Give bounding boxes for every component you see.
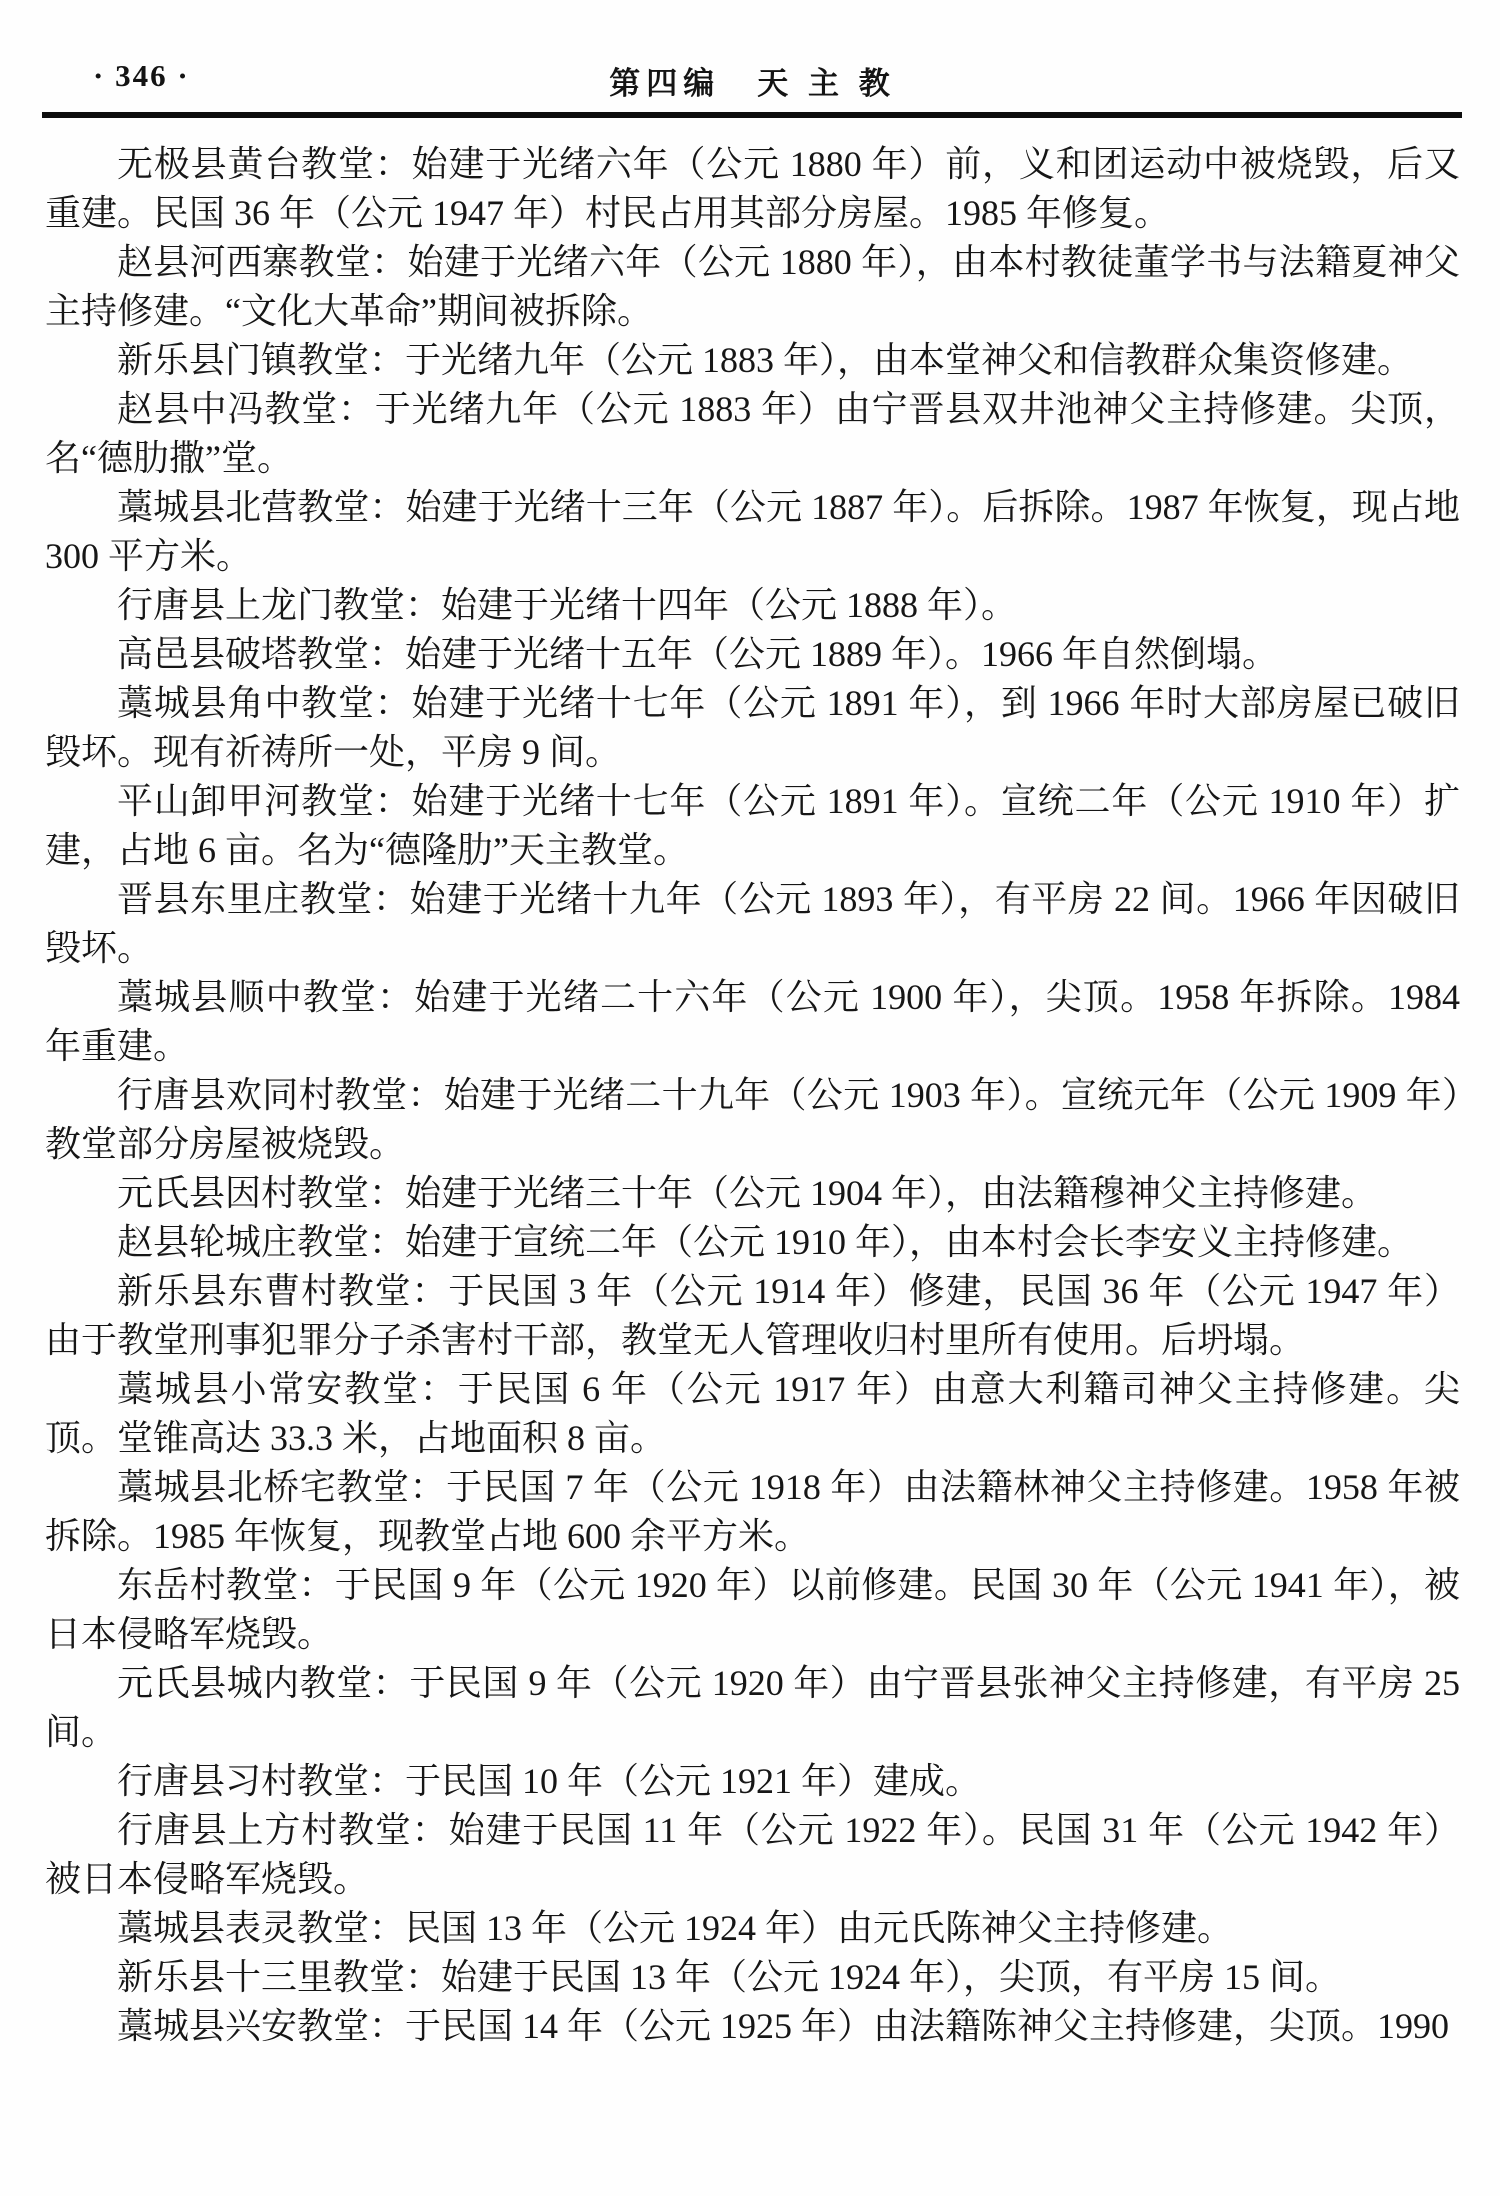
church-entry-paragraph: 藁城县兴安教堂：于民国 14 年（公元 1925 年）由法籍陈神父主持修建，尖顶… <box>45 2002 1460 2051</box>
church-entry-paragraph: 无极县黄台教堂：始建于光绪六年（公元 1880 年）前，义和团运动中被烧毁，后又… <box>45 140 1460 238</box>
church-entry-paragraph: 赵县中冯教堂：于光绪九年（公元 1883 年）由宁晋县双井池神父主持修建。尖顶，… <box>45 385 1460 483</box>
page-header: · 346 · 第四编 天 主 教 <box>45 58 1460 100</box>
church-entry-paragraph: 行唐县习村教堂：于民国 10 年（公元 1921 年）建成。 <box>45 1757 1460 1806</box>
church-entry-paragraph: 新乐县东曹村教堂：于民国 3 年（公元 1914 年）修建，民国 36 年（公元… <box>45 1267 1460 1365</box>
page-body: 无极县黄台教堂：始建于光绪六年（公元 1880 年）前，义和团运动中被烧毁，后又… <box>45 140 1460 2051</box>
church-entry-paragraph: 藁城县北桥宅教堂：于民国 7 年（公元 1918 年）由法籍林神父主持修建。19… <box>45 1463 1460 1561</box>
church-entry-paragraph: 藁城县角中教堂：始建于光绪十七年（公元 1891 年），到 1966 年时大部房… <box>45 679 1460 777</box>
church-entry-paragraph: 藁城县顺中教堂：始建于光绪二十六年（公元 1900 年），尖顶。1958 年拆除… <box>45 973 1460 1071</box>
church-entry-paragraph: 晋县东里庄教堂：始建于光绪十九年（公元 1893 年），有平房 22 间。196… <box>45 875 1460 973</box>
church-entry-paragraph: 赵县河西寨教堂：始建于光绪六年（公元 1880 年），由本村教徒董学书与法籍夏神… <box>45 238 1460 336</box>
church-entry-paragraph: 藁城县北营教堂：始建于光绪十三年（公元 1887 年）。后拆除。1987 年恢复… <box>45 483 1460 581</box>
church-entry-paragraph: 藁城县小常安教堂：于民国 6 年（公元 1917 年）由意大利籍司神父主持修建。… <box>45 1365 1460 1463</box>
church-entry-paragraph: 行唐县上方村教堂：始建于民国 11 年（公元 1922 年）。民国 31 年（公… <box>45 1806 1460 1904</box>
church-entry-paragraph: 平山卸甲河教堂：始建于光绪十七年（公元 1891 年）。宣统二年（公元 1910… <box>45 777 1460 875</box>
church-entry-paragraph: 赵县轮城庄教堂：始建于宣统二年（公元 1910 年），由本村会长李安义主持修建。 <box>45 1218 1460 1267</box>
header-divider-rule <box>42 112 1462 118</box>
church-entry-paragraph: 新乐县十三里教堂：始建于民国 13 年（公元 1924 年），尖顶，有平房 15… <box>45 1953 1460 2002</box>
church-entry-paragraph: 高邑县破塔教堂：始建于光绪十五年（公元 1889 年）。1966 年自然倒塌。 <box>45 630 1460 679</box>
church-entry-paragraph: 东岳村教堂：于民国 9 年（公元 1920 年）以前修建。民国 30 年（公元 … <box>45 1561 1460 1659</box>
church-entry-paragraph: 元氏县城内教堂：于民国 9 年（公元 1920 年）由宁晋县张神父主持修建，有平… <box>45 1659 1460 1757</box>
church-entry-paragraph: 行唐县上龙门教堂：始建于光绪十四年（公元 1888 年）。 <box>45 581 1460 630</box>
church-entry-paragraph: 藁城县表灵教堂：民国 13 年（公元 1924 年）由元氏陈神父主持修建。 <box>45 1904 1460 1953</box>
running-head-title: 第四编 天 主 教 <box>45 58 1460 103</box>
church-entry-paragraph: 新乐县门镇教堂：于光绪九年（公元 1883 年），由本堂神父和信教群众集资修建。 <box>45 336 1460 385</box>
church-entry-paragraph: 行唐县欢同村教堂：始建于光绪二十九年（公元 1903 年）。宣统元年（公元 19… <box>45 1071 1460 1169</box>
book-page: · 346 · 第四编 天 主 教 无极县黄台教堂：始建于光绪六年（公元 188… <box>0 0 1500 2196</box>
church-entry-paragraph: 元氏县因村教堂：始建于光绪三十年（公元 1904 年），由法籍穆神父主持修建。 <box>45 1169 1460 1218</box>
